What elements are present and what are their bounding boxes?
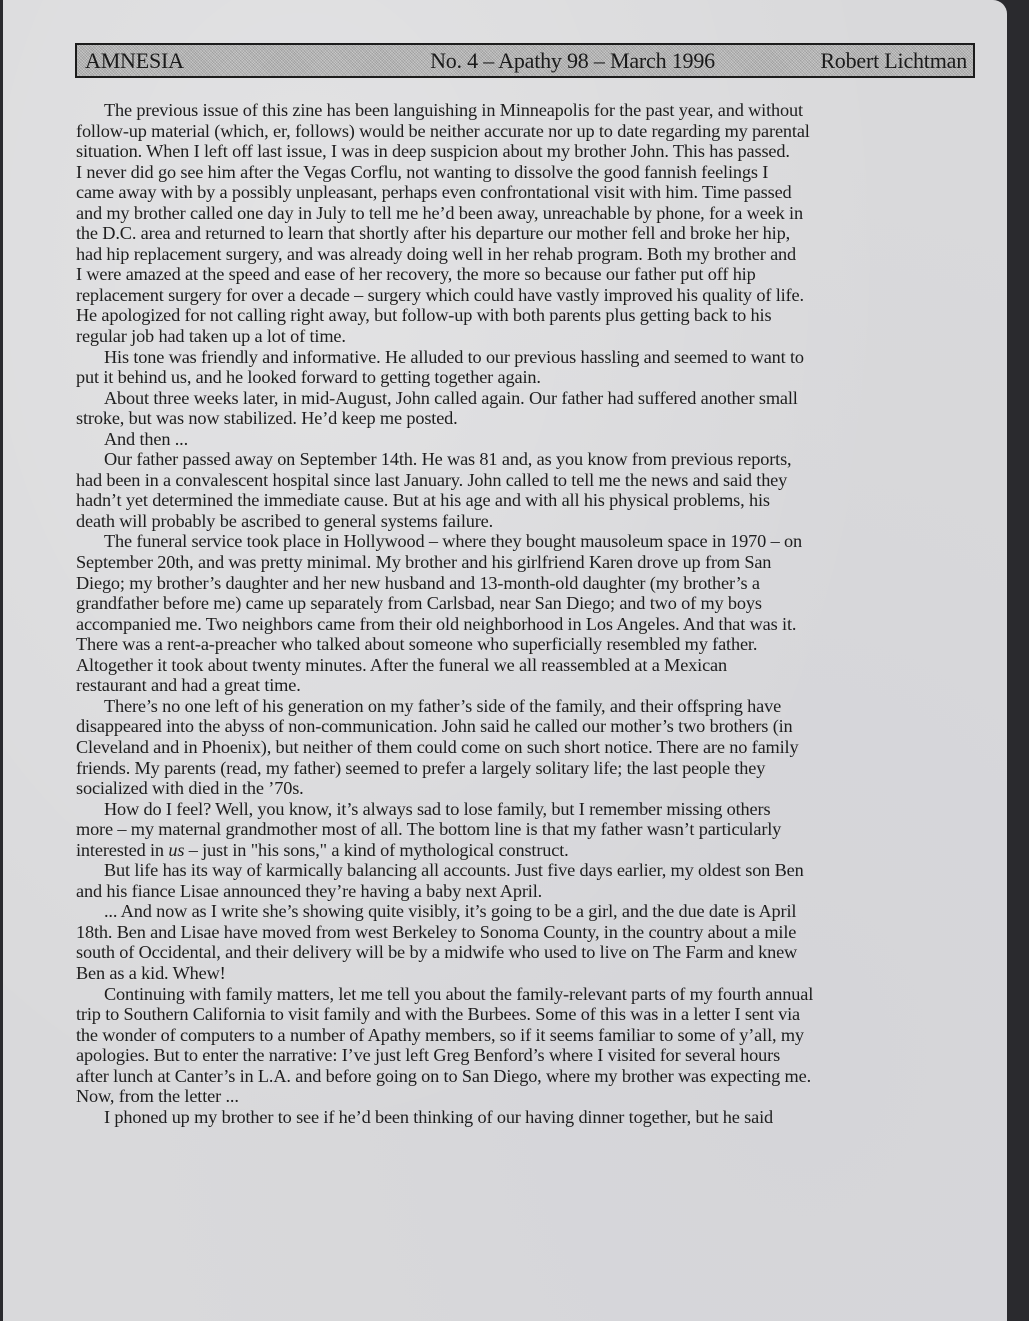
paragraph: His tone was friendly and informative. H… bbox=[76, 347, 981, 388]
text-line: had hip replacement surgery, and was alr… bbox=[76, 244, 981, 265]
text-line: September 20th, and was pretty minimal. … bbox=[76, 552, 981, 573]
text-line: apologies. But to enter the narrative: I… bbox=[76, 1045, 981, 1066]
text-line: grandfather before me) came up separatel… bbox=[76, 593, 981, 614]
text-line: regular job had taken up a lot of time. bbox=[76, 326, 981, 347]
text-line: and my brother called one day in July to… bbox=[76, 203, 981, 224]
text-line: and his fiance Lisae announced they’re h… bbox=[76, 881, 981, 902]
text-line: He apologized for not calling right away… bbox=[76, 305, 981, 326]
text-line: had been in a convalescent hospital sinc… bbox=[76, 470, 981, 491]
zine-title: AMNESIA bbox=[85, 48, 184, 74]
text-line: Continuing with family matters, let me t… bbox=[76, 984, 981, 1005]
text-line: restaurant and had a great time. bbox=[76, 675, 981, 696]
paragraph: ... And now as I write she’s showing qui… bbox=[76, 901, 981, 983]
text-line: Diego; my brother’s daughter and her new… bbox=[76, 573, 981, 594]
text-line: replacement surgery for over a decade – … bbox=[76, 285, 981, 306]
text-line: stroke, but was now stabilized. He’d kee… bbox=[76, 408, 981, 429]
text-line: after lunch at Canter’s in L.A. and befo… bbox=[76, 1066, 981, 1087]
text-line: There’s no one left of his generation on… bbox=[76, 696, 981, 717]
text-line: Cleveland and in Phoenix), but neither o… bbox=[76, 737, 981, 758]
text-line: The funeral service took place in Hollyw… bbox=[76, 531, 981, 552]
emphasis: us bbox=[168, 840, 184, 860]
issue-info: No. 4 – Apathy 98 – March 1996 bbox=[430, 48, 715, 73]
text-line: His tone was friendly and informative. H… bbox=[76, 347, 981, 368]
text-line: more – my maternal grandmother most of a… bbox=[76, 819, 981, 840]
text-line: accompanied me. Two neighbors came from … bbox=[76, 614, 981, 635]
author-name: Robert Lichtman bbox=[820, 48, 967, 74]
text-line: The previous issue of this zine has been… bbox=[76, 100, 981, 121]
paragraph: There’s no one left of his generation on… bbox=[76, 696, 981, 799]
text-line: situation. When I left off last issue, I… bbox=[76, 141, 981, 162]
text-line: friends. My parents (read, my father) se… bbox=[76, 758, 981, 779]
text-line: death will probably be ascribed to gener… bbox=[76, 511, 981, 532]
text-line: About three weeks later, in mid-August, … bbox=[76, 388, 981, 409]
text-line: socialized with died in the ’70s. bbox=[76, 778, 981, 799]
text-line: I phoned up my brother to see if he’d be… bbox=[76, 1107, 981, 1128]
paragraph: And then ... bbox=[76, 429, 981, 450]
paragraph: The funeral service took place in Hollyw… bbox=[76, 531, 981, 695]
text-line: I were amazed at the speed and ease of h… bbox=[76, 264, 981, 285]
text-line: hadn’t yet determined the immediate caus… bbox=[76, 490, 981, 511]
text-line: Ben as a kid. Whew! bbox=[76, 963, 981, 984]
text-line: Our father passed away on September 14th… bbox=[76, 449, 981, 470]
paragraph: Our father passed away on September 14th… bbox=[76, 449, 981, 531]
text-line: Now, from the letter ... bbox=[76, 1086, 981, 1107]
text-line: disappeared into the abyss of non-commun… bbox=[76, 716, 981, 737]
text-line: follow-up material (which, er, follows) … bbox=[76, 121, 981, 142]
paragraph: Continuing with family matters, let me t… bbox=[76, 984, 981, 1107]
text-line: trip to Southern California to visit fam… bbox=[76, 1004, 981, 1025]
text-line: How do I feel? Well, you know, it’s alwa… bbox=[76, 799, 981, 820]
text-line: But life has its way of karmically balan… bbox=[76, 860, 981, 881]
text-line: south of Occidental, and their delivery … bbox=[76, 942, 981, 963]
zine-page: AMNESIA No. 4 – Apathy 98 – March 1996 R… bbox=[3, 0, 1007, 1321]
page-header: AMNESIA No. 4 – Apathy 98 – March 1996 R… bbox=[75, 43, 975, 78]
text-line: interested in us – just in "his sons," a… bbox=[76, 840, 981, 861]
text-line: And then ... bbox=[76, 429, 981, 450]
paragraph: About three weeks later, in mid-August, … bbox=[76, 388, 981, 429]
article-body: The previous issue of this zine has been… bbox=[76, 100, 981, 1127]
text-line: There was a rent-a-preacher who talked a… bbox=[76, 634, 981, 655]
text-line: the wonder of computers to a number of A… bbox=[76, 1025, 981, 1046]
text-line: the D.C. area and returned to learn that… bbox=[76, 223, 981, 244]
paragraph: But life has its way of karmically balan… bbox=[76, 860, 981, 901]
text-line: I never did go see him after the Vegas C… bbox=[76, 162, 981, 183]
paragraph: I phoned up my brother to see if he’d be… bbox=[76, 1107, 981, 1128]
text-line: ... And now as I write she’s showing qui… bbox=[76, 901, 981, 922]
paragraph: How do I feel? Well, you know, it’s alwa… bbox=[76, 799, 981, 861]
text-line: 18th. Ben and Lisae have moved from west… bbox=[76, 922, 981, 943]
text-line: put it behind us, and he looked forward … bbox=[76, 367, 981, 388]
text-line: came away with by a possibly unpleasant,… bbox=[76, 182, 981, 203]
paragraph: The previous issue of this zine has been… bbox=[76, 100, 981, 347]
text-line: Altogether it took about twenty minutes.… bbox=[76, 655, 981, 676]
